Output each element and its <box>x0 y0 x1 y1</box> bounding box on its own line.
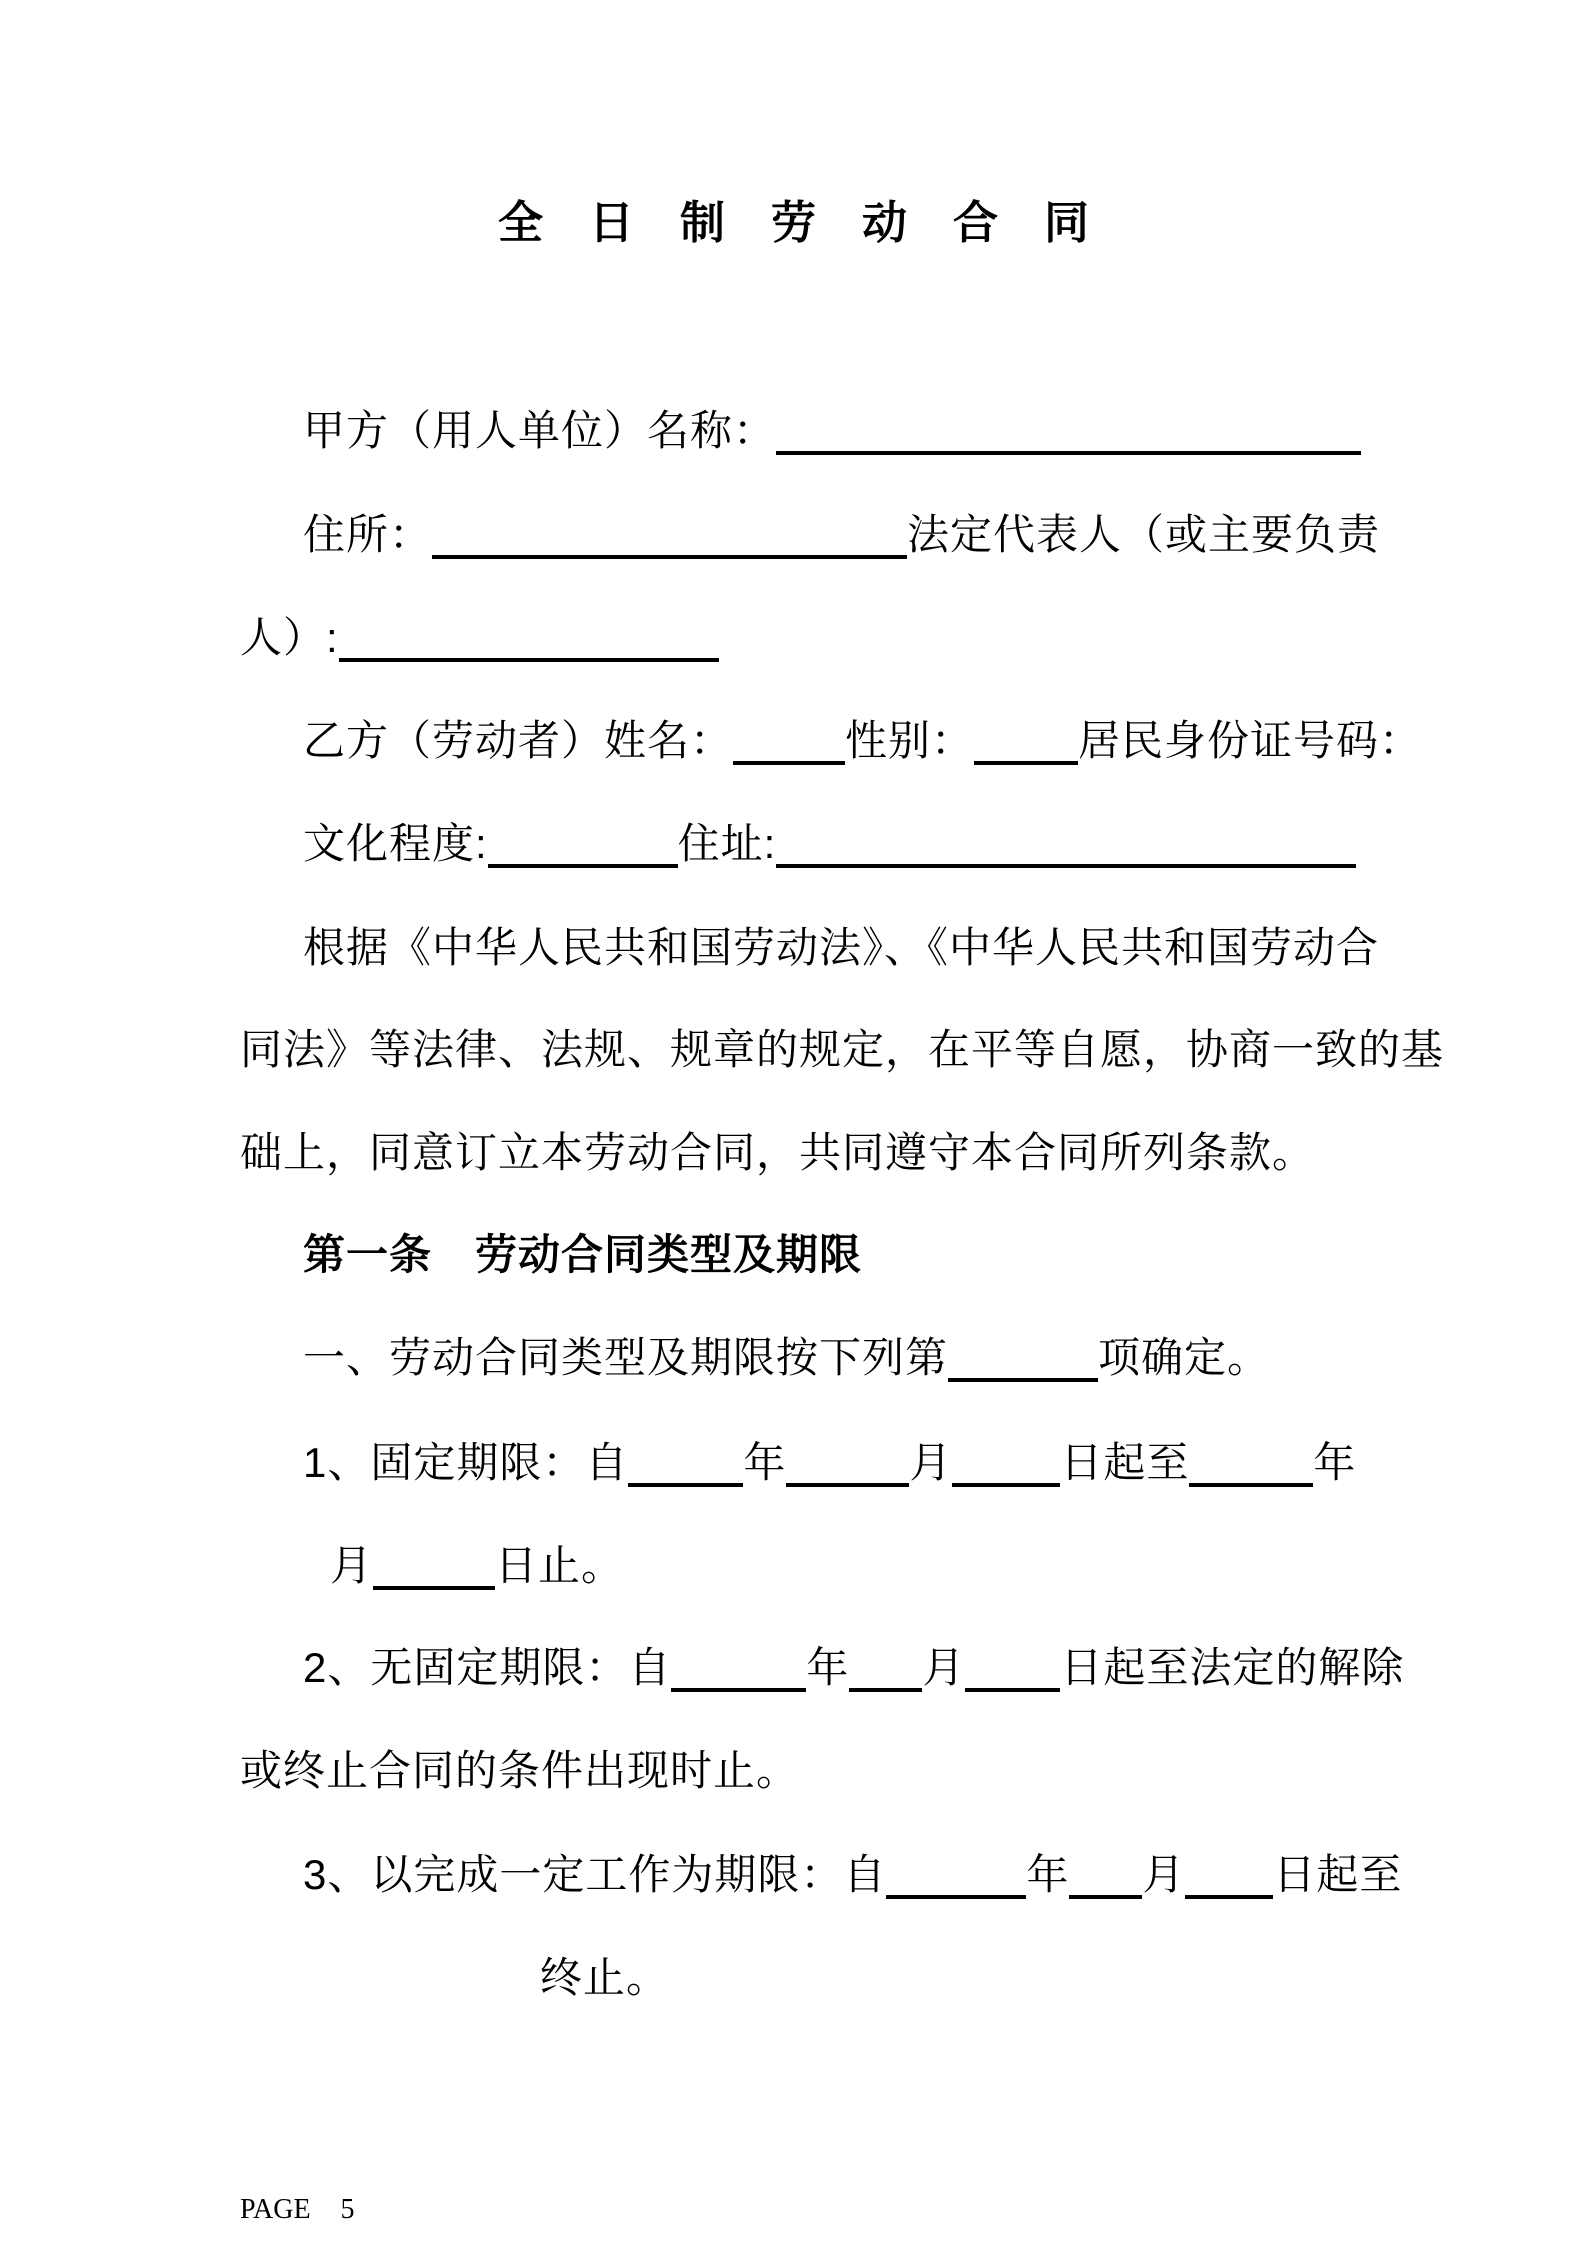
preamble-text-2: 同法》等法律、法规、规章的规定，在平等自愿，协商一致的基 <box>240 1026 1444 1073</box>
fixed-term-month-label: 月 <box>909 1439 952 1486</box>
article-1-heading: 第一条 劳动合同类型及期限 <box>303 1231 862 1278</box>
fixed-term-year2-label: 年 <box>1313 1439 1356 1486</box>
line-task-term-b: 终止。 <box>240 1954 669 2002</box>
footer-page-number: 5 <box>341 2194 355 2225</box>
item-1-post: 项确定。 <box>1098 1334 1270 1381</box>
residence-blank[interactable] <box>776 863 1356 868</box>
fixed-term-from-day-label: 日起至 <box>1060 1439 1189 1486</box>
line-open-term-b: 或终止合同的条件出现时止。 <box>240 1747 799 1795</box>
education-blank[interactable] <box>488 863 678 868</box>
fixed-term-year-label: 年 <box>743 1439 786 1486</box>
open-term-year-blank[interactable] <box>671 1687 806 1692</box>
party-b-name-blank[interactable] <box>733 760 845 765</box>
party-b-name-label: 乙方（劳动者）姓名： <box>303 717 733 764</box>
line-fixed-term-b: 月日止。 <box>240 1542 624 1590</box>
party-a-name-blank[interactable] <box>776 450 1361 455</box>
education-label: 文化程度: <box>303 820 488 867</box>
fixed-term-year2-blank[interactable] <box>1189 1482 1313 1487</box>
party-a-name-label: 甲方（用人单位）名称： <box>303 407 776 454</box>
line-item-1: 一、劳动合同类型及期限按下列第项确定。 <box>240 1334 1270 1382</box>
task-term-day-blank[interactable] <box>1185 1894 1273 1899</box>
line-fixed-term-a: 1、固定期限：自年月日起至年 <box>240 1439 1356 1487</box>
line-address: 住所：法定代表人（或主要负责 <box>240 511 1380 559</box>
item-1-blank[interactable] <box>948 1377 1098 1382</box>
task-term-post: 日起至 <box>1273 1851 1402 1898</box>
contract-document-page: 全日制劳动合同 甲方（用人单位）名称： 住所：法定代表人（或主要负责 人）: 乙… <box>0 0 1587 2244</box>
task-term-month-label: 月 <box>1142 1851 1185 1898</box>
open-term-b-text: 或终止合同的条件出现时止。 <box>240 1747 799 1794</box>
line-party-b: 乙方（劳动者）姓名：性别：居民身份证号码： <box>240 717 1422 765</box>
line-preamble-1: 根据《中华人民共和国劳动法》、《中华人民共和国劳动合 <box>240 924 1379 972</box>
line-open-term-a: 2、无固定期限：自年月日起至法定的解除 <box>240 1644 1404 1692</box>
line-article-1-heading: 第一条 劳动合同类型及期限 <box>240 1231 862 1279</box>
page-footer: PAGE5 <box>240 2196 355 2224</box>
footer-page-label: PAGE <box>240 2194 311 2225</box>
line-legal-rep-cont: 人）: <box>240 614 719 662</box>
fixed-term-day-blank[interactable] <box>952 1482 1060 1487</box>
open-term-month-blank[interactable] <box>849 1687 922 1692</box>
task-term-year-blank[interactable] <box>886 1894 1026 1899</box>
residence-label: 住址: <box>678 820 777 867</box>
task-term-year-label: 年 <box>1026 1851 1069 1898</box>
item-1-pre: 一、劳动合同类型及期限按下列第 <box>303 1334 948 1381</box>
task-term-pre: 3、以完成一定工作为期限：自 <box>303 1851 886 1898</box>
id-number-label: 居民身份证号码： <box>1078 717 1422 764</box>
gender-label: 性别： <box>845 717 974 764</box>
address-label: 住所： <box>303 511 432 558</box>
open-term-day-blank[interactable] <box>965 1687 1060 1692</box>
line-preamble-3: 础上，同意订立本劳动合同，共同遵守本合同所列条款。 <box>240 1129 1315 1177</box>
fixed-term-b-day-blank[interactable] <box>373 1585 495 1590</box>
line-education: 文化程度:住址: <box>240 820 1356 868</box>
fixed-term-pre: 1、固定期限：自 <box>303 1439 628 1486</box>
line-task-term-a: 3、以完成一定工作为期限：自年月日起至 <box>240 1851 1402 1899</box>
task-term-b-text: 终止。 <box>540 1954 669 2001</box>
line-preamble-2: 同法》等法律、法规、规章的规定，在平等自愿，协商一致的基 <box>240 1026 1444 1074</box>
task-term-month-blank[interactable] <box>1069 1894 1142 1899</box>
fixed-term-month-blank[interactable] <box>786 1482 909 1487</box>
fixed-term-b-day-end-label: 日止。 <box>495 1542 624 1589</box>
legal-rep-label: 法定代表人（或主要负责 <box>907 511 1380 558</box>
document-title: 全日制劳动合同 <box>0 200 1587 245</box>
open-term-pre: 2、无固定期限：自 <box>303 1644 671 1691</box>
fixed-term-b-month-label: 月 <box>330 1542 373 1589</box>
preamble-text-3: 础上，同意订立本劳动合同，共同遵守本合同所列条款。 <box>240 1129 1315 1176</box>
open-term-month-label: 月 <box>922 1644 965 1691</box>
fixed-term-year-blank[interactable] <box>628 1482 743 1487</box>
open-term-post: 日起至法定的解除 <box>1060 1644 1404 1691</box>
address-blank[interactable] <box>432 554 907 559</box>
legal-rep-blank[interactable] <box>339 657 719 662</box>
open-term-year-label: 年 <box>806 1644 849 1691</box>
line-party-a: 甲方（用人单位）名称： <box>240 407 1361 455</box>
legal-rep-cont-label: 人）: <box>240 614 339 661</box>
gender-blank[interactable] <box>974 760 1078 765</box>
preamble-text-1: 根据《中华人民共和国劳动法》、《中华人民共和国劳动合 <box>303 924 1379 971</box>
